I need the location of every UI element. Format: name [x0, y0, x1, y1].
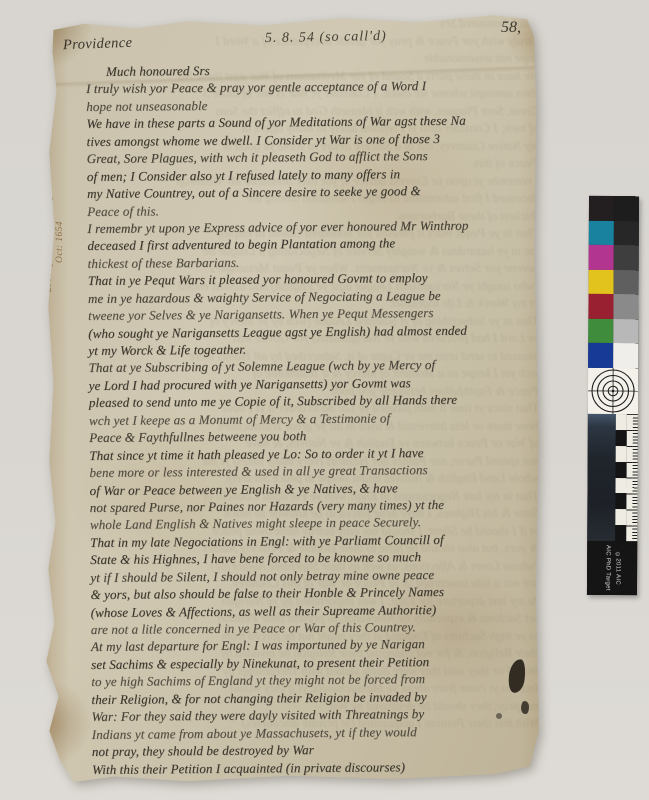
target-label: AIC PhD Target ©2011 AIC — [587, 541, 637, 595]
patch-row — [589, 245, 639, 270]
margin-endorsement-line: Oct: 1654 — [55, 147, 66, 337]
gray-patch — [614, 245, 639, 270]
gray-patch — [613, 343, 638, 368]
patch-row — [588, 319, 638, 344]
checker-segment — [616, 430, 627, 446]
gray-patch — [613, 294, 638, 319]
color-patch — [588, 343, 613, 368]
color-patch — [588, 294, 613, 319]
checker-segment — [616, 462, 627, 478]
ruler-strip — [587, 414, 638, 541]
checker-scale — [615, 414, 627, 541]
color-patch — [589, 270, 614, 295]
exposure-strip — [587, 414, 616, 541]
gray-patch — [614, 196, 639, 221]
gray-patch — [613, 319, 638, 344]
registration-target-icon — [588, 368, 638, 414]
manuscript-body: Much honoured SrsI truly wish yor Peace … — [86, 59, 545, 778]
color-patches — [588, 196, 639, 368]
checker-segment — [615, 478, 626, 494]
checker-segment — [616, 414, 627, 430]
ink-stain — [496, 713, 502, 719]
place-line: Providence — [63, 35, 133, 54]
color-patch — [589, 220, 614, 245]
page-number: 58, — [501, 19, 521, 37]
checker-segment — [616, 446, 627, 462]
margin-endorsement: about ye Solemne Leag: Oct: 1654 — [44, 147, 66, 337]
color-patch — [588, 319, 613, 344]
patch-row — [589, 196, 639, 221]
patch-row — [589, 220, 639, 245]
checker-segment — [615, 525, 626, 541]
calibration-target: AIC PhD Target ©2011 AIC — [587, 196, 639, 595]
checker-segment — [615, 493, 626, 509]
color-patch — [589, 245, 614, 270]
ink-stain — [521, 701, 529, 714]
paper-sheet: Much honoured SrsI truly wish yor Peace … — [33, 13, 545, 785]
manuscript-page: Much honoured SrsI truly wish yor Peace … — [33, 13, 545, 785]
margin-endorsement-line: about ye Solemne Leag: — [44, 147, 55, 337]
photograph-scene: Much honoured SrsI truly wish yor Peace … — [0, 0, 649, 800]
manuscript-line: With this their Petition I acquainted (i… — [92, 756, 545, 777]
checker-segment — [615, 509, 626, 525]
patch-row — [588, 294, 638, 319]
patch-row — [589, 270, 639, 295]
gray-patch — [614, 221, 639, 246]
color-patch — [589, 196, 614, 221]
gray-patch — [614, 270, 639, 295]
ruler-ticks — [626, 414, 638, 541]
date-line: 5. 8. 54 (so call'd) — [265, 29, 387, 47]
target-label-name: AIC PhD Target — [603, 545, 610, 591]
target-label-copyright: ©2011 AIC — [614, 552, 621, 585]
patch-row — [588, 343, 638, 368]
